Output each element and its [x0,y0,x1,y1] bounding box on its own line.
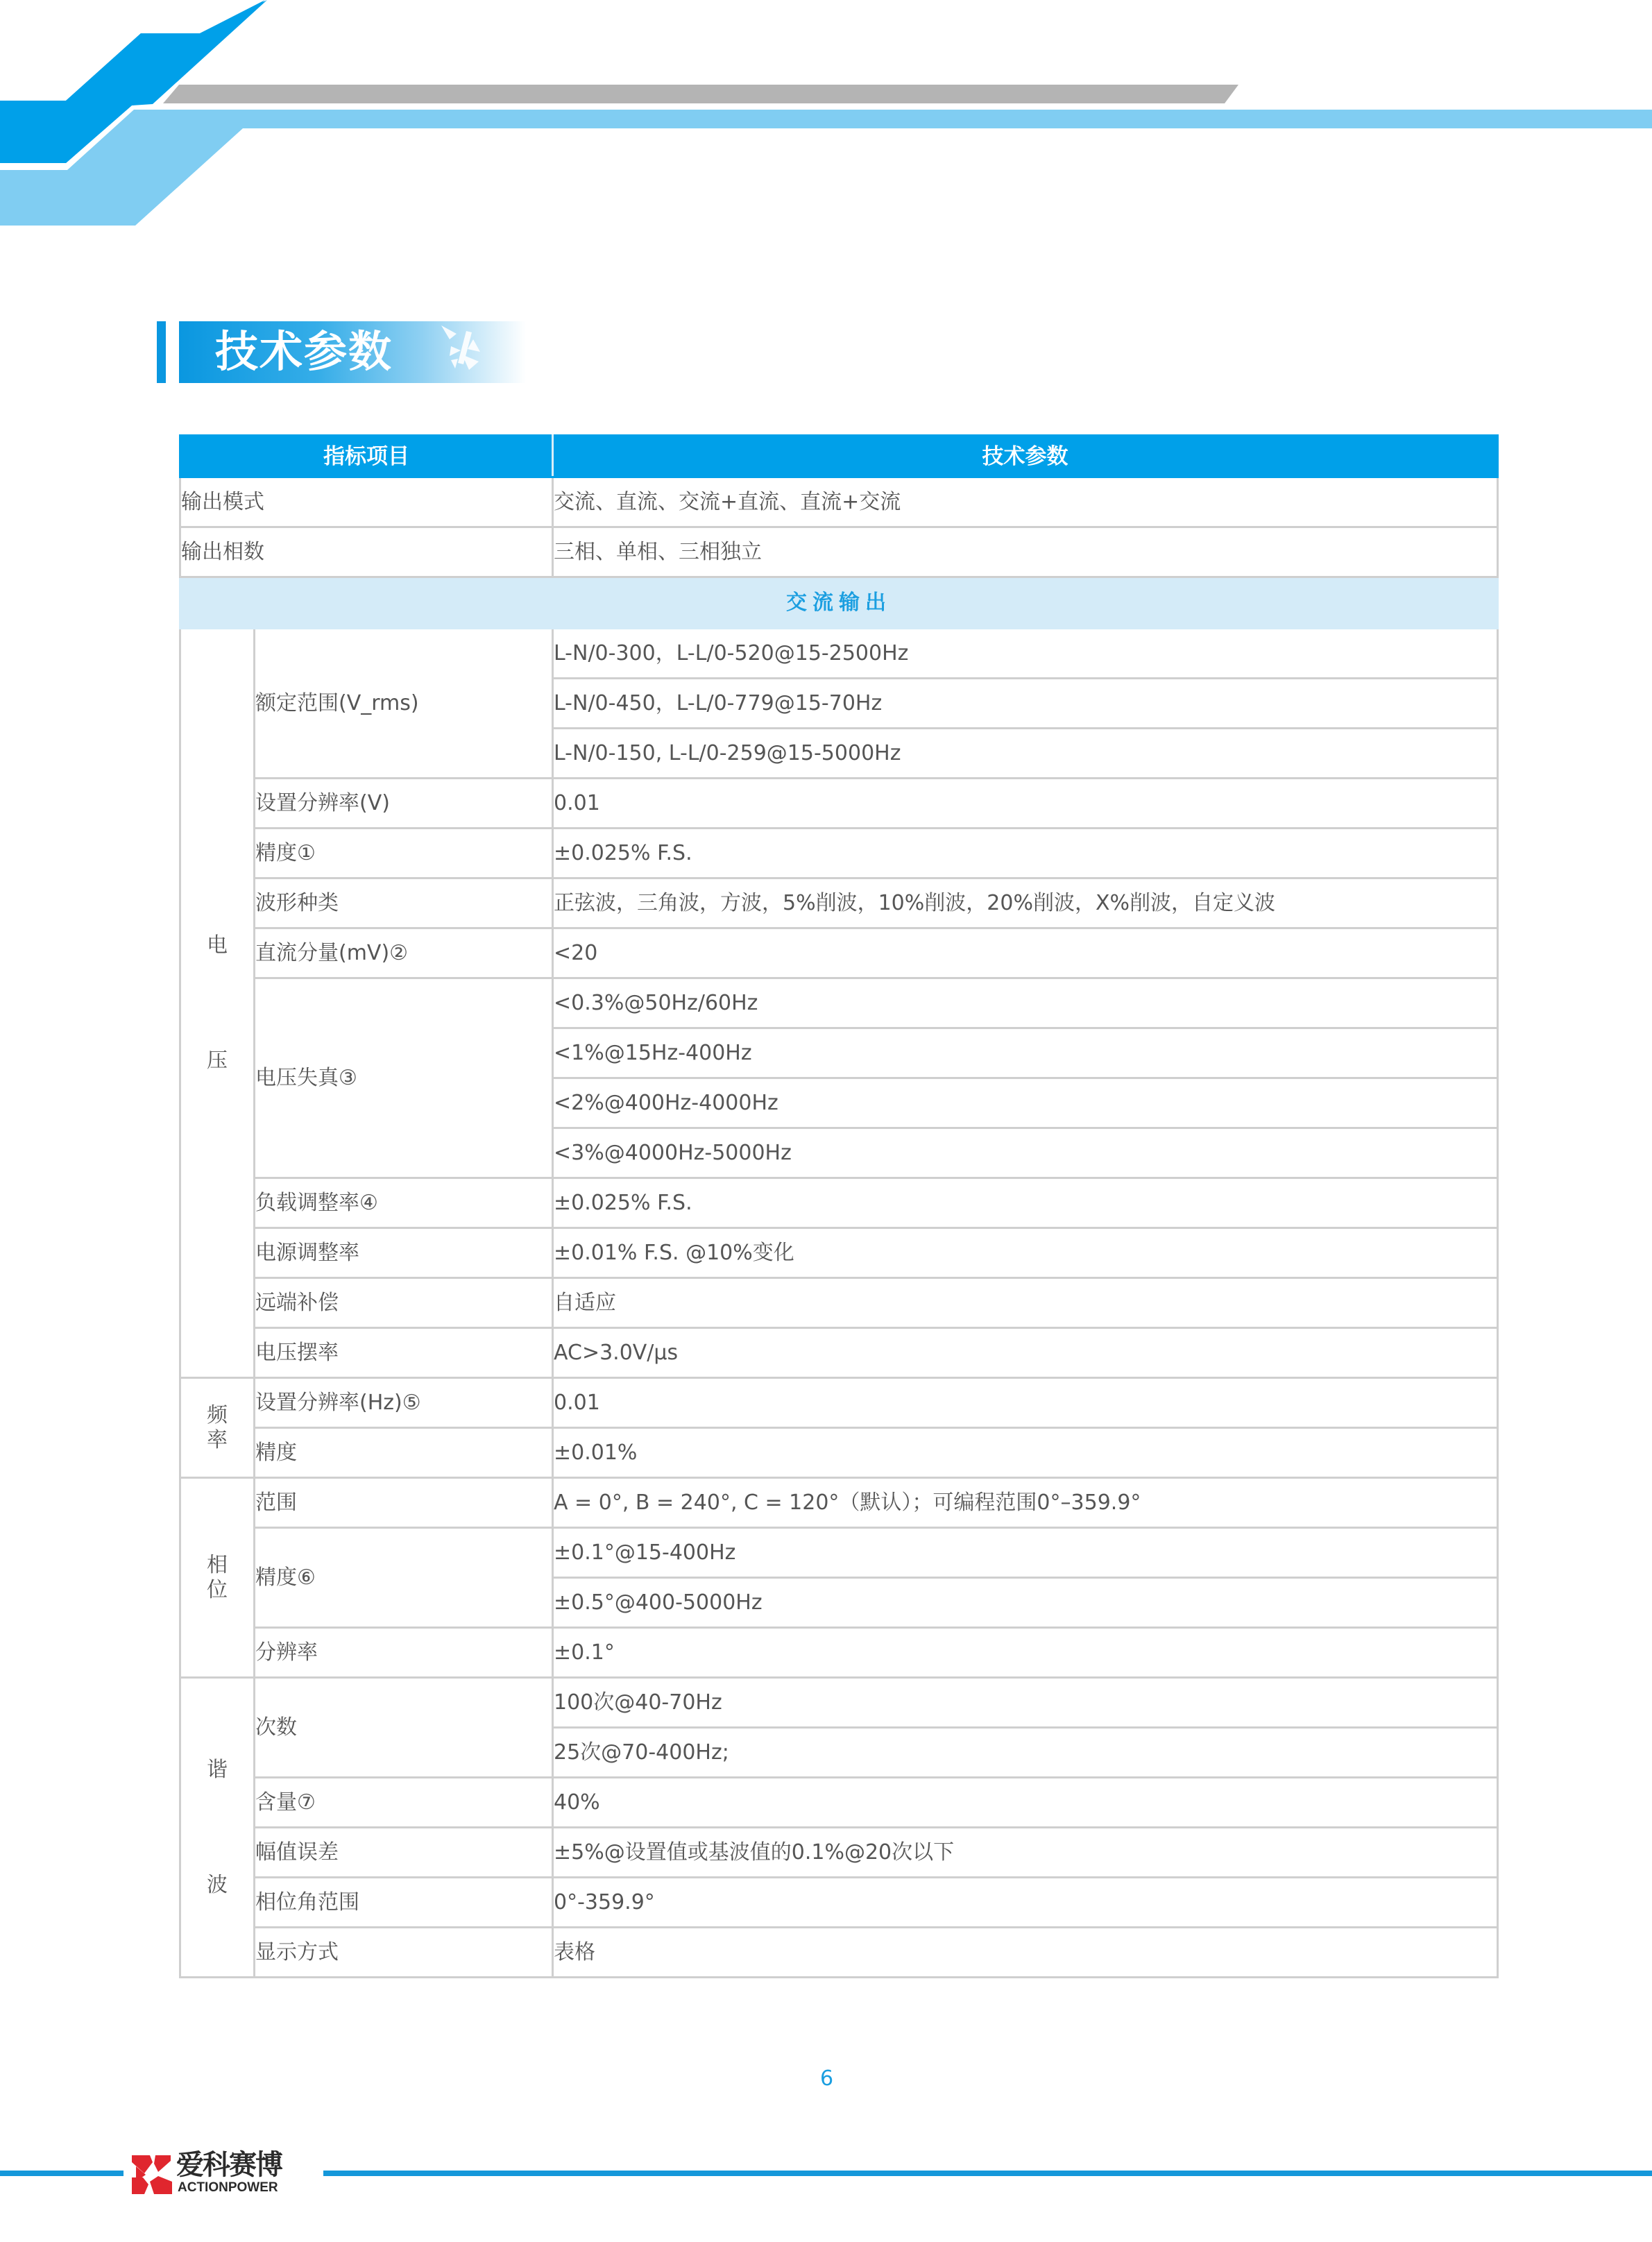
table-row: 远端补偿 自适应 [180,1278,1498,1328]
row-label: 精度⑥ [255,1528,553,1628]
spec-table: 指标项目 技术参数 输出模式 交流、直流、交流+直流、直流+交流 输出相数 三相… [179,434,1499,1978]
title-gradient-box: 技术参数 [179,321,526,383]
group-char: 波 [181,1873,253,1898]
row-label: 相位角范围 [255,1878,553,1928]
row-label: 设置分辨率(V) [255,779,553,829]
row-label: 波形种类 [255,878,553,928]
row-value: 0.01 [553,1378,1498,1428]
header-decoration [0,0,1652,236]
row-value: <3%@4000Hz-5000Hz [553,1128,1498,1178]
row-value: L-N/0-450，L-L/0-779@15-70Hz [553,679,1498,729]
table-row: 负载调整率④ ±0.025% F.S. [180,1178,1498,1228]
group-phase: 相 位 [180,1478,255,1678]
row-value: 三相、单相、三相独立 [553,527,1498,577]
row-value: <1%@15Hz-400Hz [553,1028,1498,1078]
group-voltage: 电 压 [180,629,255,1378]
table-row: 电源调整率 ±0.01% F.S. @10%变化 [180,1228,1498,1278]
logo-mark-icon [132,2154,172,2194]
row-label: 负载调整率④ [255,1178,553,1228]
row-value: 自适应 [553,1278,1498,1328]
row-value: 0.01 [553,779,1498,829]
footer-rule-right [323,2171,1652,2176]
table-row: 相位角范围 0°-359.9° [180,1878,1498,1928]
row-value: ±5%@设置值或基波值的0.1%@20次以下 [553,1828,1498,1878]
table-row: 谐 波 次数 100次@40-70Hz [180,1678,1498,1728]
table-row: 幅值误差 ±5%@设置值或基波值的0.1%@20次以下 [180,1828,1498,1878]
group-char: 相 [181,1553,253,1578]
row-label: 显示方式 [255,1928,553,1978]
row-label: 远端补偿 [255,1278,553,1328]
group-char: 频 [181,1403,253,1428]
row-label: 幅值误差 [255,1828,553,1878]
header-item: 指标项目 [180,436,553,477]
deco-light-blue-band [0,110,1652,226]
row-value: 表格 [553,1928,1498,1978]
table-row: 直流分量(mV)② <20 [180,928,1498,978]
company-logo: 爱科赛博 ACTIONPOWER [132,2152,319,2196]
row-value: ±0.025% F.S. [553,829,1498,878]
section-band-ac-output: 交流输出 [180,577,1498,629]
table-row: 电压失真③ <0.3%@50Hz/60Hz [180,978,1498,1028]
row-label: 输出模式 [180,477,553,527]
row-value: 40% [553,1778,1498,1828]
row-value: 25次@70-400Hz; [553,1728,1498,1778]
row-value: ±0.1° [553,1628,1498,1678]
group-harmonics: 谐 波 [180,1678,255,1978]
title-accent-bar [157,321,166,383]
row-value: 交流、直流、交流+直流、直流+交流 [553,477,1498,527]
row-label: 电压摆率 [255,1328,553,1378]
row-value: 0°-359.9° [553,1878,1498,1928]
group-char: 压 [181,1048,253,1073]
group-char: 位 [181,1578,253,1603]
row-value: L-N/0-150, L-L/0-259@15-5000Hz [553,729,1498,779]
logo-english-name: ACTIONPOWER [178,2180,278,2196]
row-label: 分辨率 [255,1628,553,1678]
table-row: 设置分辨率(V) 0.01 [180,779,1498,829]
row-label: 直流分量(mV)② [255,928,553,978]
table-row: 输出模式 交流、直流、交流+直流、直流+交流 [180,477,1498,527]
row-value: ±0.01% [553,1428,1498,1478]
table-row: 输出相数 三相、单相、三相独立 [180,527,1498,577]
row-label: 含量⑦ [255,1778,553,1828]
table-row: 含量⑦ 40% [180,1778,1498,1828]
group-char: 率 [181,1428,253,1453]
page-number: 6 [820,2066,833,2091]
row-label: 设置分辨率(Hz)⑤ [255,1378,553,1428]
row-value: A = 0°, B = 240°, C = 120°（默认）；可编程范围0°–3… [553,1478,1498,1528]
row-label: 精度① [255,829,553,878]
band-label: 交流输出 [180,577,1498,629]
table-row: 精度① ±0.025% F.S. [180,829,1498,878]
table-row: 分辨率 ±0.1° [180,1628,1498,1678]
header-spec: 技术参数 [553,436,1498,477]
table-header-row: 指标项目 技术参数 [180,436,1498,477]
table-row: 精度 ±0.01% [180,1428,1498,1478]
row-label: 额定范围(V_rms) [255,629,553,779]
footer-rule-left [0,2171,124,2176]
row-value: ±0.01% F.S. @10%变化 [553,1228,1498,1278]
deco-gray-bar [163,85,1238,103]
table-row: 电 压 额定范围(V_rms) L-N/0-300，L-L/0-520@15-2… [180,629,1498,679]
section-title-banner: 技术参数 [157,321,518,383]
row-label: 电压失真③ [255,978,553,1178]
row-value: ±0.5°@400-5000Hz [553,1578,1498,1628]
section-title: 技术参数 [215,325,393,378]
table-row: 频 率 设置分辨率(Hz)⑤ 0.01 [180,1378,1498,1428]
deco-dark-blue-band [0,0,1652,163]
table-row: 精度⑥ ±0.1°@15-400Hz [180,1528,1498,1578]
row-label: 精度 [255,1428,553,1478]
row-value: <20 [553,928,1498,978]
row-label: 次数 [255,1678,553,1778]
group-frequency: 频 率 [180,1378,255,1478]
group-char: 电 [181,933,253,958]
row-value: 正弦波，三角波，方波，5%削波，10%削波，20%削波，X%削波，自定义波 [553,878,1498,928]
group-char: 谐 [181,1758,253,1783]
row-label: 范围 [255,1478,553,1528]
row-value: L-N/0-300，L-L/0-520@15-2500Hz [553,629,1498,679]
row-value: <0.3%@50Hz/60Hz [553,978,1498,1028]
table-row: 波形种类 正弦波，三角波，方波，5%削波，10%削波，20%削波，X%削波，自定… [180,878,1498,928]
row-value: AC>3.0V/μs [553,1328,1498,1378]
logo-mark-icon [436,324,491,380]
row-label: 电源调整率 [255,1228,553,1278]
table-row: 显示方式 表格 [180,1928,1498,1978]
row-value: 100次@40-70Hz [553,1678,1498,1728]
table-row: 相 位 范围 A = 0°, B = 240°, C = 120°（默认）；可编… [180,1478,1498,1528]
row-label: 输出相数 [180,527,553,577]
row-value: ±0.1°@15-400Hz [553,1528,1498,1578]
table-row: 电压摆率 AC>3.0V/μs [180,1328,1498,1378]
row-value: <2%@400Hz-4000Hz [553,1078,1498,1128]
logo-chinese-name: 爱科赛博 [176,2150,282,2180]
row-value: ±0.025% F.S. [553,1178,1498,1228]
